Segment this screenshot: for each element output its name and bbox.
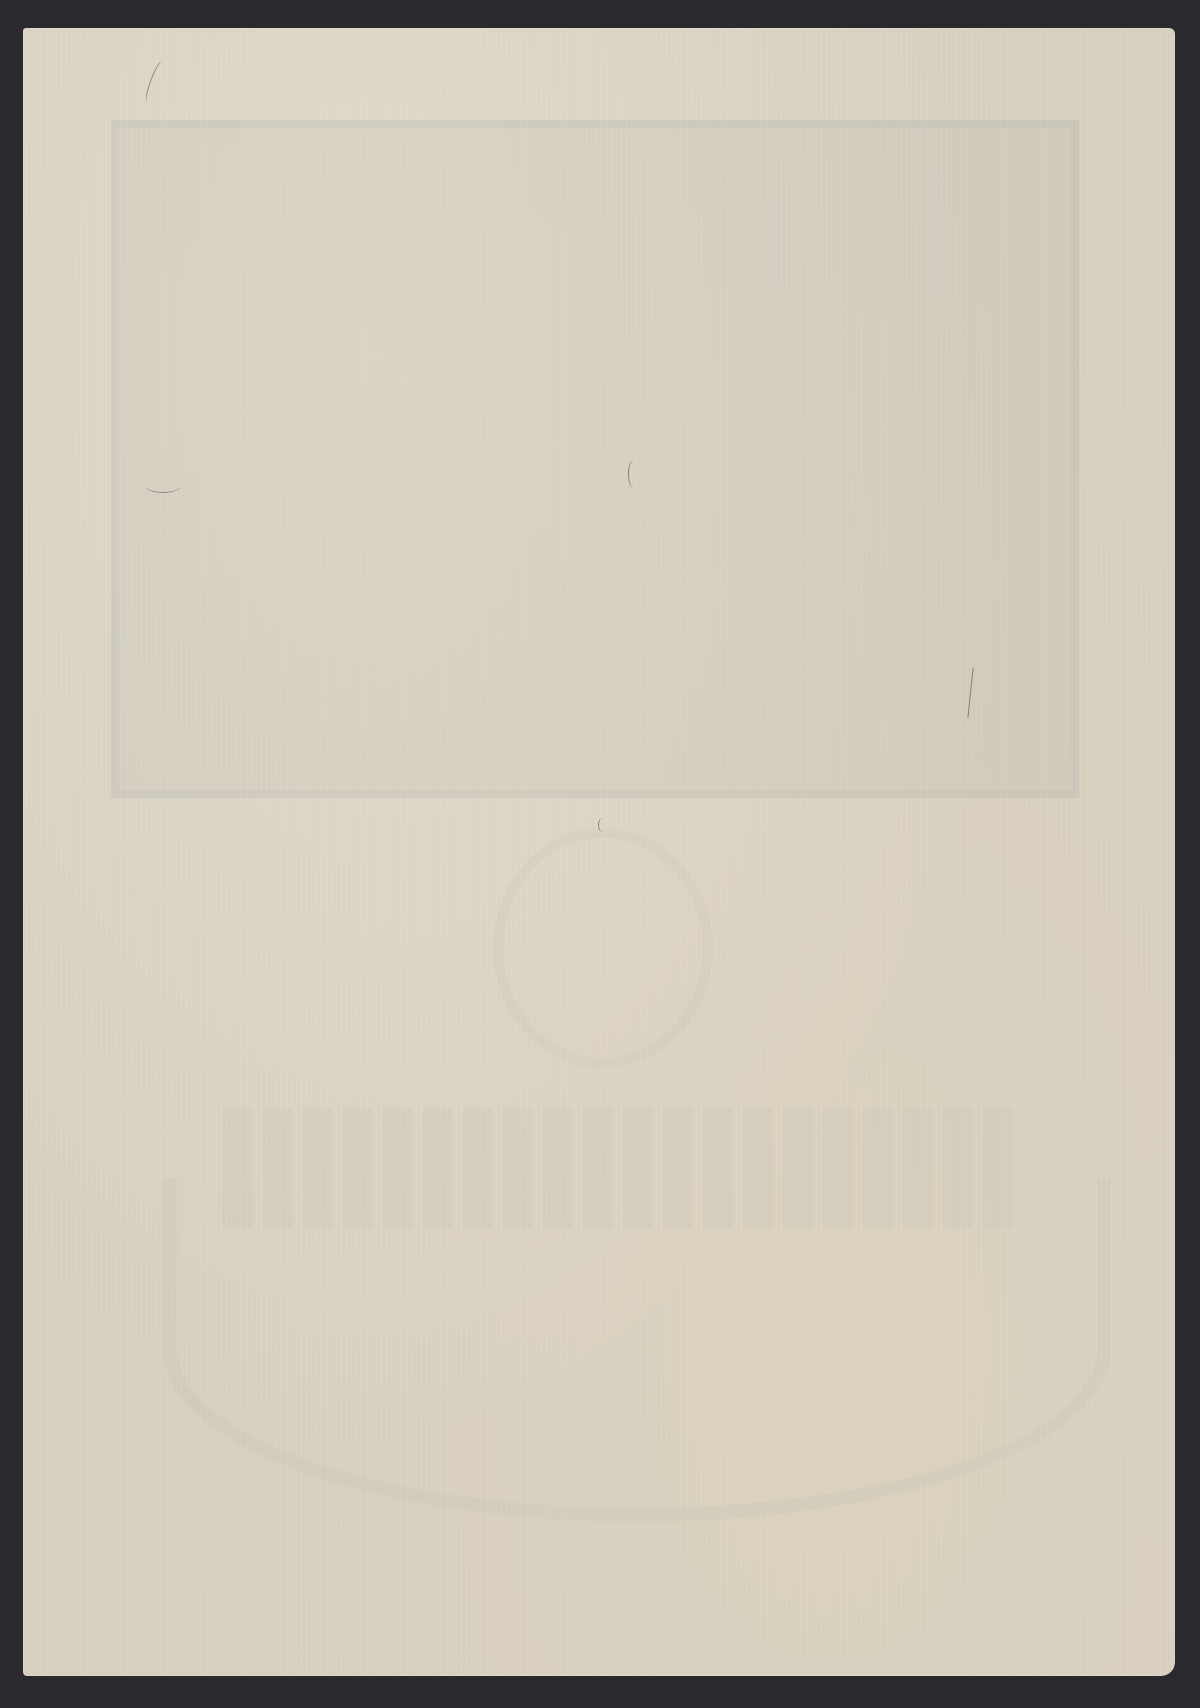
show-through-medallion xyxy=(493,828,713,1068)
paper-sheet xyxy=(23,28,1175,1676)
show-through-stamp-panel xyxy=(111,120,1079,798)
show-through-oval-frame xyxy=(163,1178,1111,1522)
paper-fiber xyxy=(598,818,607,832)
paper-fiber xyxy=(143,60,167,104)
paper-fiber xyxy=(145,478,181,493)
paper-fiber xyxy=(628,460,639,488)
